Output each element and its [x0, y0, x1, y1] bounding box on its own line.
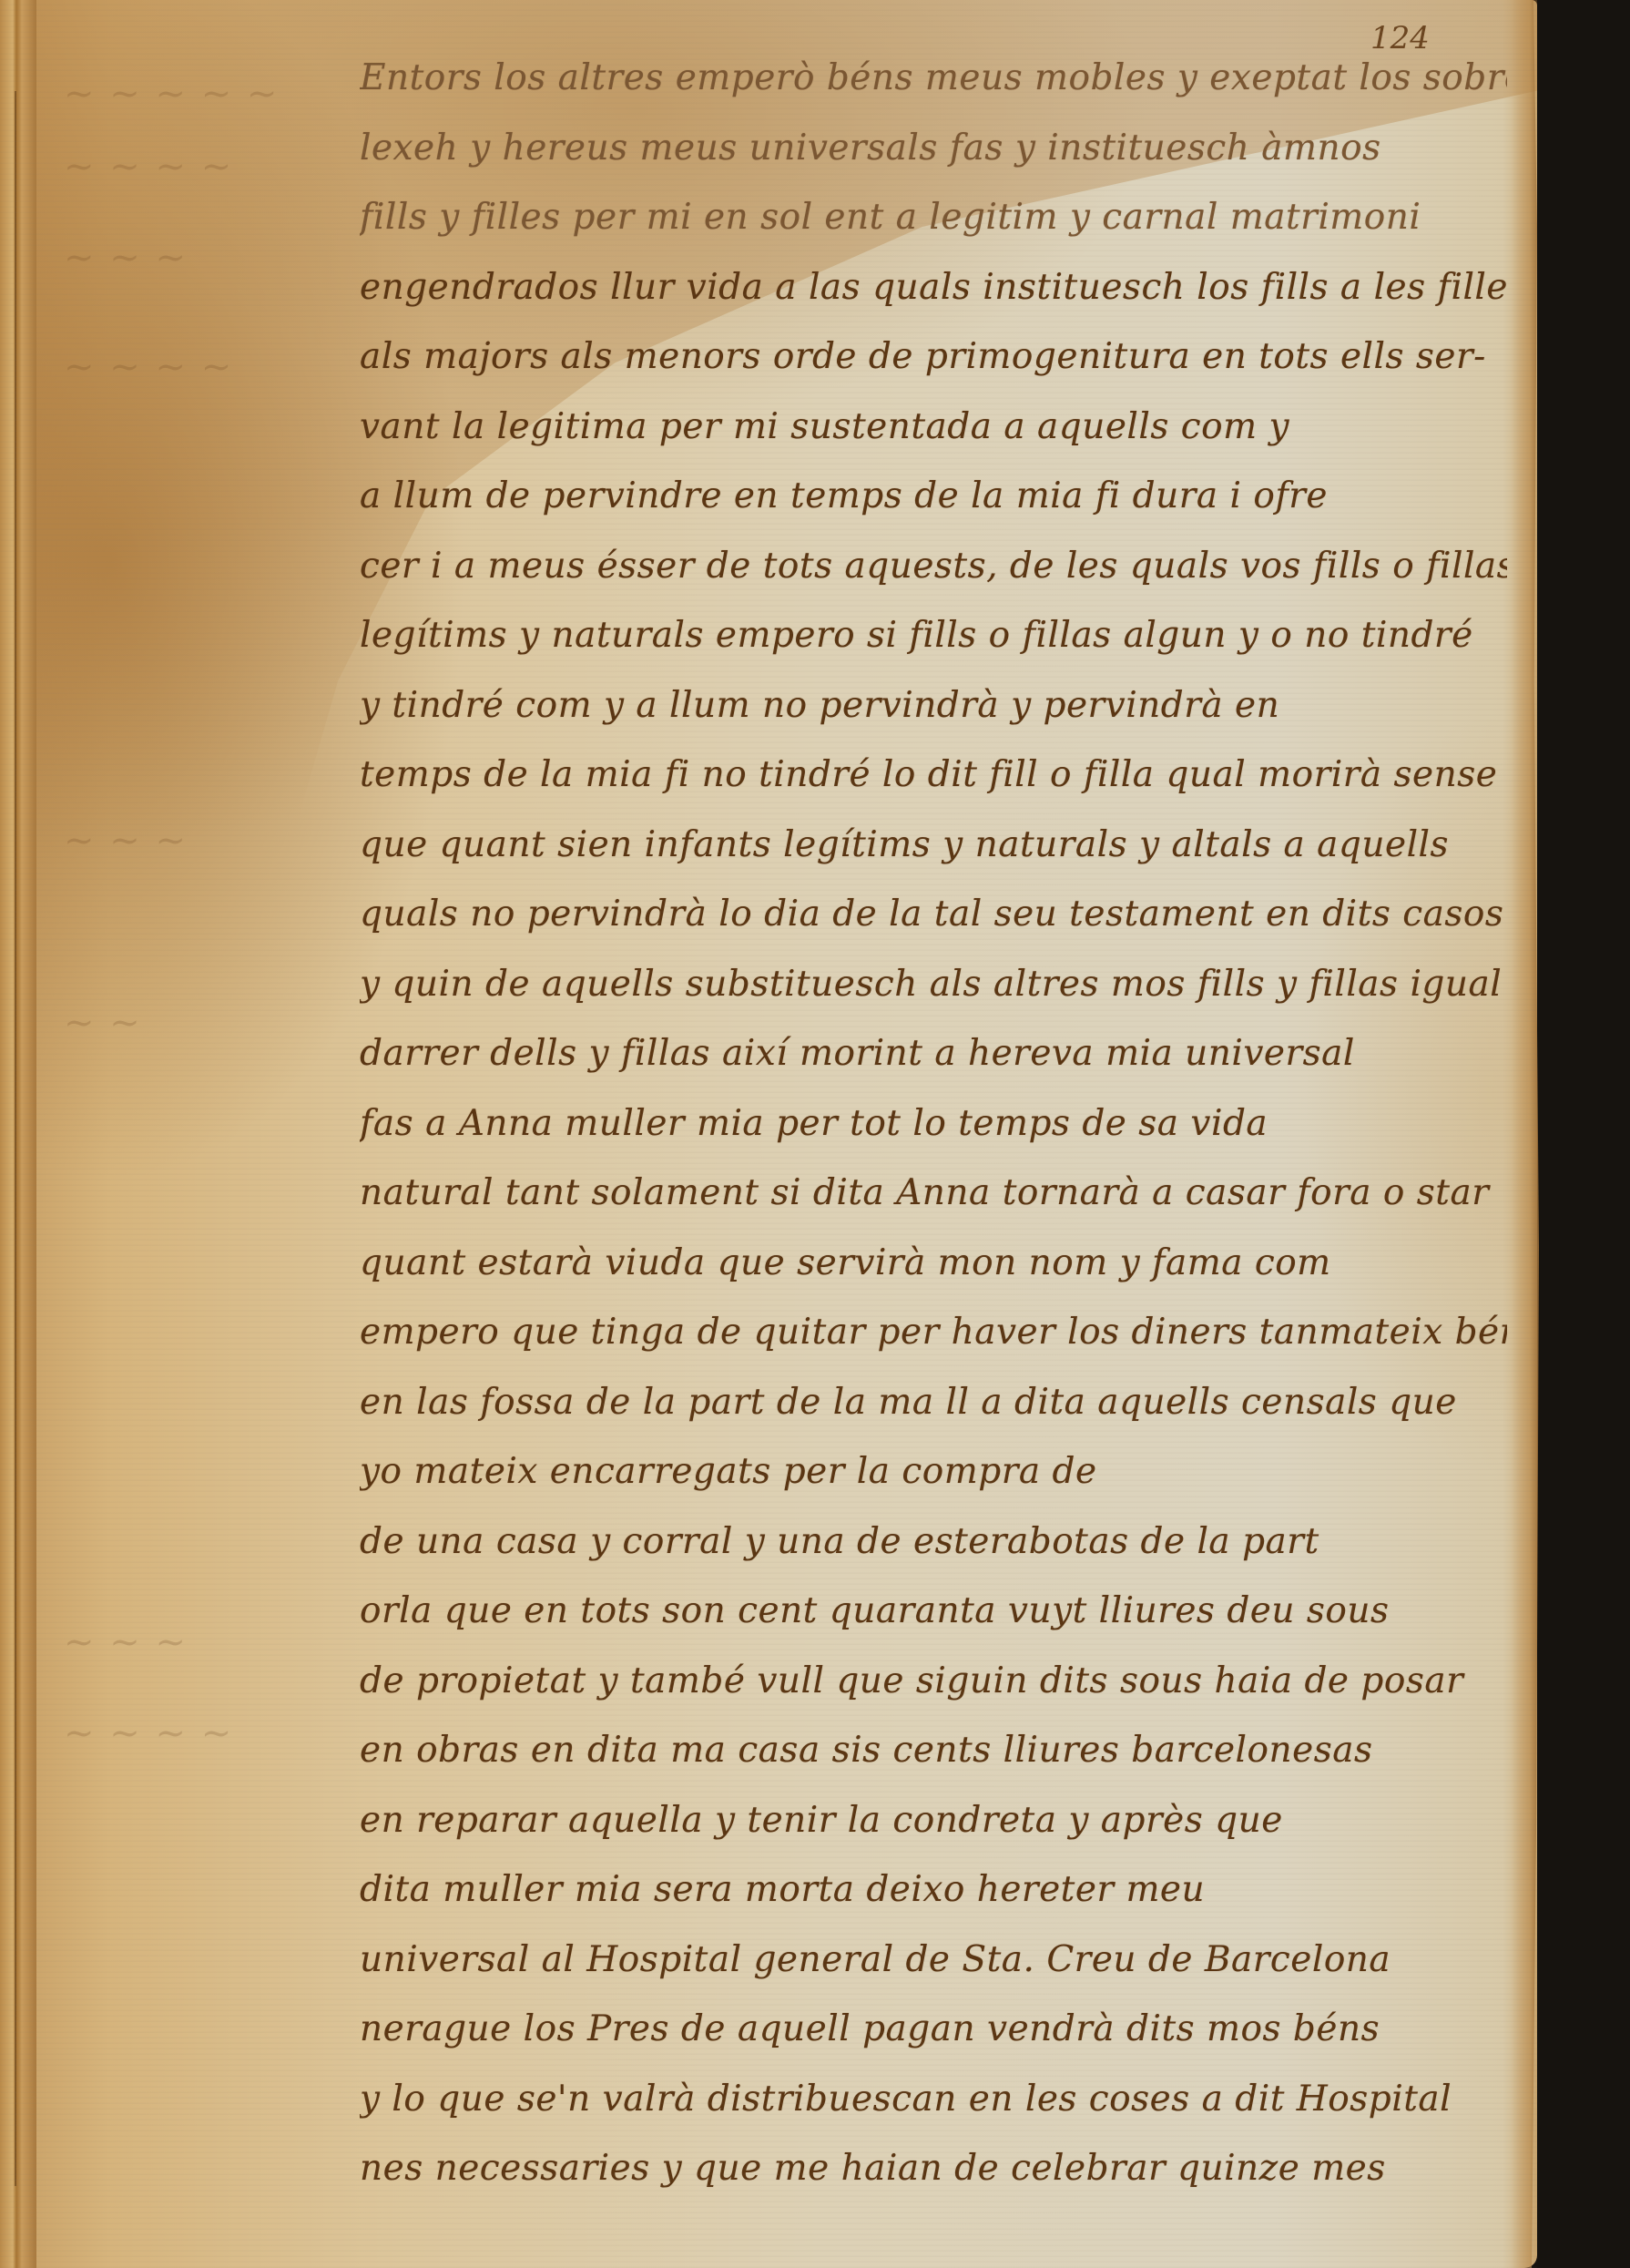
- show-through-text: ~ ~ ~ ~ ~: [64, 73, 364, 115]
- text-line: temps de la mia fi no tindré lo dit fill…: [360, 741, 1507, 811]
- text-line: nerague los Pres de aquell pagan vendrà …: [360, 1995, 1507, 2065]
- text-line: yo mateix encarregats per la compra de: [360, 1437, 1507, 1507]
- gutter-fold-line: [15, 91, 16, 2186]
- text-line: nes necessaries y que me haian de celebr…: [360, 2134, 1507, 2204]
- text-line: orla que en tots son cent quaranta vuyt …: [360, 1577, 1507, 1647]
- text-line: que quant sien infants legítims y natura…: [360, 811, 1507, 881]
- text-line: cer i a meus ésser de tots aquests, de l…: [360, 532, 1507, 602]
- text-line: y lo que se'n valrà distribuescan en les…: [360, 2065, 1507, 2135]
- text-line: de una casa y corral y una de esterabota…: [360, 1507, 1507, 1578]
- text-line: dita muller mia sera morta deixo hereter…: [360, 1855, 1507, 1926]
- text-line: en reparar aquella y tenir la condreta y…: [360, 1786, 1507, 1856]
- text-line: y tindré com y a llum no pervindrà y per…: [360, 671, 1507, 741]
- text-line: en obras en dita ma casa sis cents lliur…: [360, 1716, 1507, 1786]
- binding-gutter: [0, 0, 36, 2268]
- show-through-text: ~ ~ ~ ~: [64, 146, 364, 188]
- manuscript-page: ~ ~ ~ ~ ~ ~ ~ ~ ~ ~ ~ ~ ~ ~ ~ ~ ~ ~ ~ ~ …: [0, 0, 1537, 2268]
- show-through-text: ~ ~ ~: [64, 820, 364, 862]
- text-line: fas a Anna muller mia per tot lo temps d…: [360, 1089, 1507, 1160]
- text-line: lexeh y hereus meus universals fas y ins…: [360, 114, 1507, 184]
- show-through-text: ~ ~ ~: [64, 1621, 364, 1663]
- show-through-text: ~ ~ ~ ~: [64, 1712, 364, 1754]
- text-line: darrer dells y fillas així morint a here…: [360, 1019, 1507, 1089]
- text-line: Entors los altres emperò béns meus moble…: [360, 44, 1507, 114]
- text-line: universal al Hospital general de Sta. Cr…: [360, 1926, 1507, 1996]
- text-line: de propietat y també vull que siguin dit…: [360, 1647, 1507, 1717]
- text-line: empero que tinga de quitar per haver los…: [360, 1298, 1507, 1368]
- text-line: quant estarà viuda que servirà mon nom y…: [360, 1229, 1507, 1299]
- text-line: natural tant solament si dita Anna torna…: [360, 1159, 1507, 1229]
- manuscript-text: Entors los altres emperò béns meus moble…: [360, 44, 1507, 2204]
- text-line: y quin de aquells substituesch als altre…: [360, 950, 1507, 1020]
- text-line: fills y filles per mi en sol ent a legit…: [360, 183, 1507, 253]
- text-line: vant la legitima per mi sustentada a aqu…: [360, 393, 1507, 463]
- text-line: als majors als menors orde de primogenit…: [360, 322, 1507, 393]
- text-line: quals no pervindrà lo dia de la tal seu …: [360, 880, 1507, 950]
- text-line: legítims y naturals empero si fills o fi…: [360, 601, 1507, 671]
- text-line: en las fossa de la part de la ma ll a di…: [360, 1368, 1507, 1438]
- text-line: a llum de pervindre en temps de la mia f…: [360, 462, 1507, 532]
- text-line: engendrados llur vida a las quals instit…: [360, 253, 1507, 323]
- show-through-text: ~ ~ ~ ~: [64, 346, 364, 388]
- show-through-text: ~ ~: [64, 1002, 364, 1044]
- show-through-text: ~ ~ ~: [64, 237, 364, 279]
